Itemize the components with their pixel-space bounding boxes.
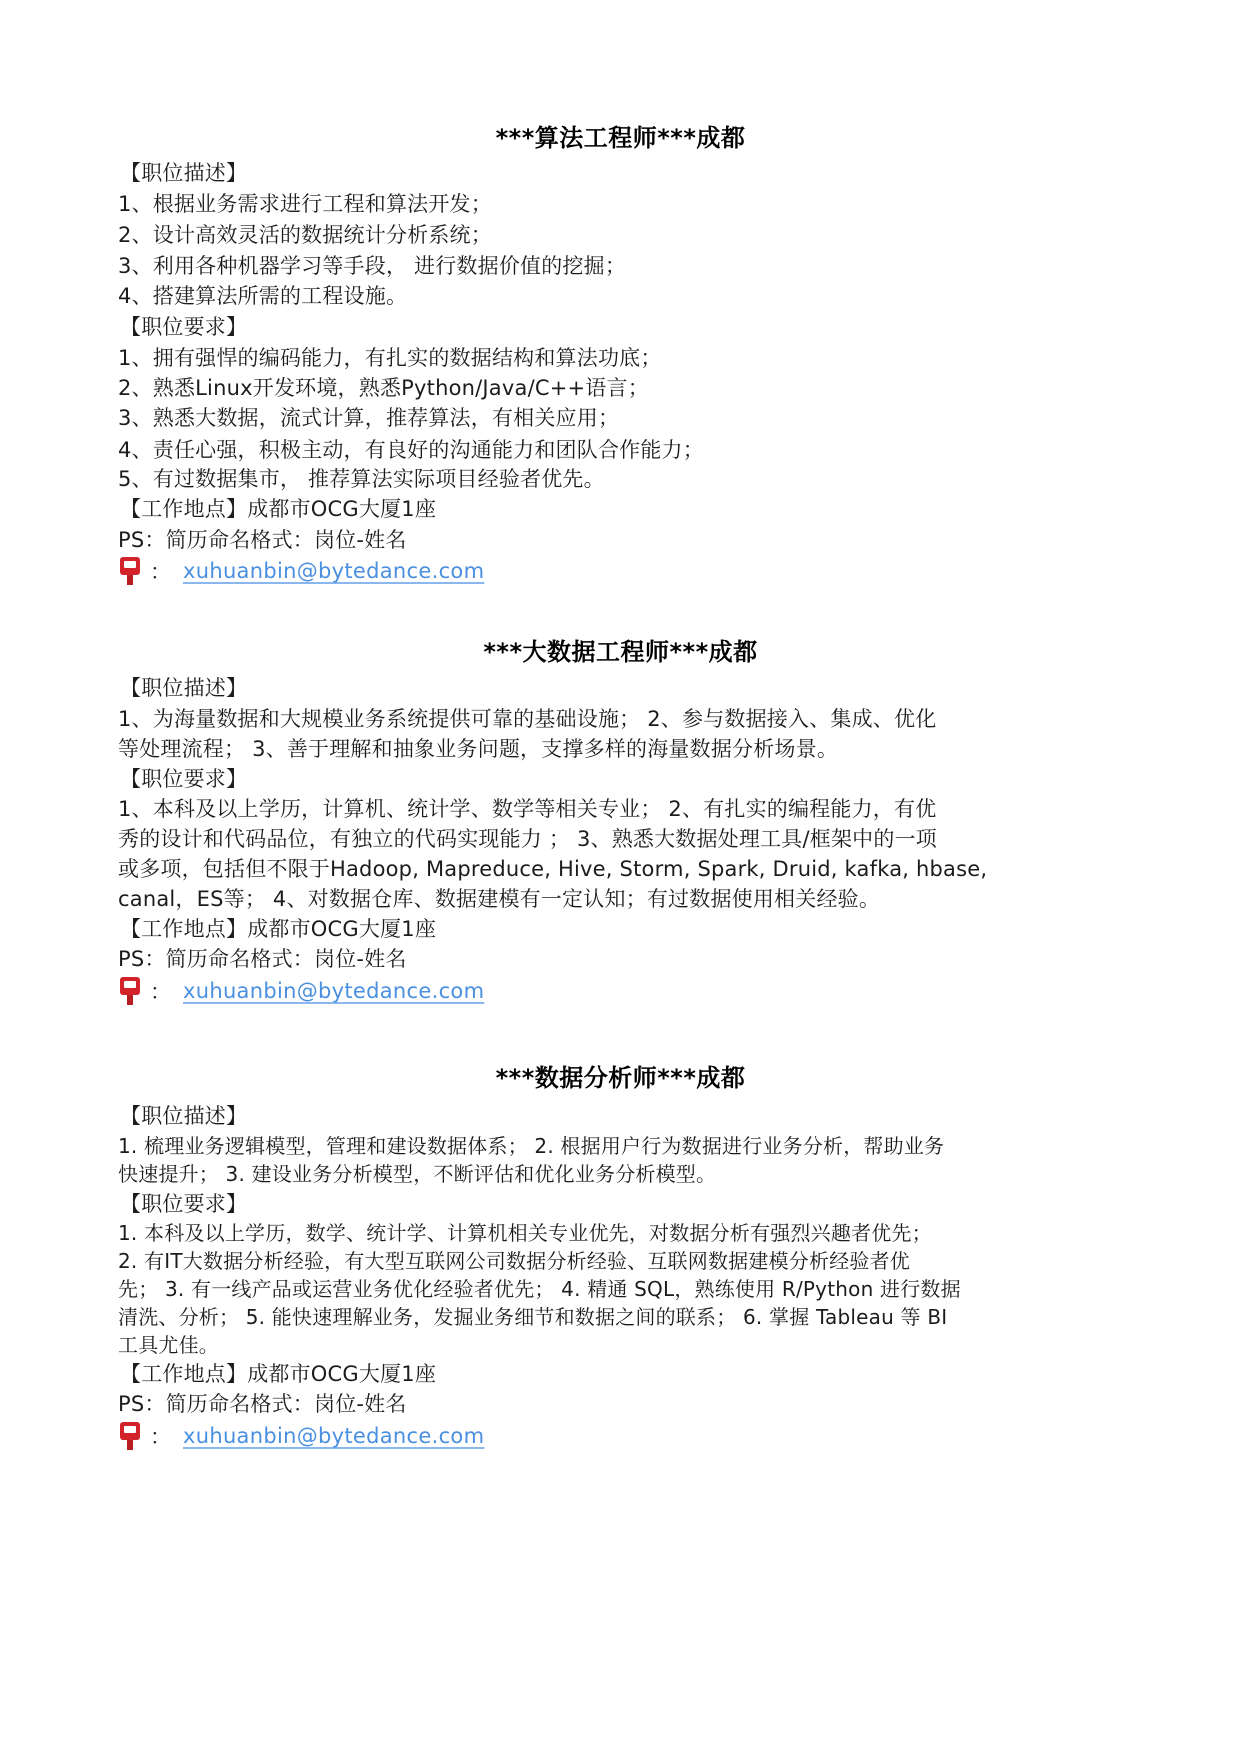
requirement-item: 1. 本科及以上学历，数学、统计学、计算机相关专业优先，对数据分析有强烈兴趣者优… [118, 1217, 932, 1246]
requirement-item: 先； 3. 有一线产品或运营业务优化经验者优先； 4. 精通 SQL，熟练使用 … [118, 1273, 961, 1302]
description-item: 等处理流程； 3、善于理解和抽象业务问题，支撑多样的海量数据分析场景。 [118, 733, 838, 763]
contact-colon: ： [150, 1421, 171, 1451]
postbox-icon [118, 555, 144, 587]
email-link[interactable]: xuhuanbin@bytedance.com [183, 559, 484, 583]
postbox-icon [118, 1420, 144, 1452]
resume-naming-note: PS：简历命名格式：岗位-姓名 [118, 1388, 407, 1418]
requirement-item: canal，ES等； 4、对数据仓库、数据建模有一定认知；有过数据使用相关经验。 [118, 883, 880, 913]
requirements-heading: 【职位要求】 [120, 1188, 247, 1218]
resume-naming-note: PS：简历命名格式：岗位-姓名 [118, 524, 407, 554]
contact-colon: ： [150, 976, 171, 1006]
description-item: 1、根据业务需求进行工程和算法开发； [118, 188, 492, 218]
description-heading: 【职位描述】 [120, 1100, 247, 1130]
contact-row: ： xuhuanbin@bytedance.com [118, 1420, 484, 1452]
description-heading: 【职位描述】 [120, 672, 247, 702]
description-item: 2、设计高效灵活的数据统计分析系统； [118, 219, 492, 249]
job-postings-document: ***算法工程师***成都 【职位描述】 1、根据业务需求进行工程和算法开发； … [0, 0, 1240, 1753]
description-item: 3、利用各种机器学习等手段， 进行数据价值的挖掘； [118, 250, 626, 280]
description-item: 1、为海量数据和大规模业务系统提供可靠的基础设施； 2、参与数据接入、集成、优化 [118, 703, 936, 733]
contact-row: ： xuhuanbin@bytedance.com [118, 975, 484, 1007]
requirement-item: 1、本科及以上学历，计算机、统计学、数学等相关专业； 2、有扎实的编程能力，有优 [118, 793, 936, 823]
work-location: 【工作地点】成都市OCG大厦1座 [120, 1358, 436, 1388]
email-link[interactable]: xuhuanbin@bytedance.com [183, 1424, 484, 1448]
work-location: 【工作地点】成都市OCG大厦1座 [120, 493, 436, 523]
resume-naming-note: PS：简历命名格式：岗位-姓名 [118, 943, 407, 973]
requirement-item: 4、责任心强，积极主动，有良好的沟通能力和团队合作能力； [118, 434, 704, 464]
description-heading: 【职位描述】 [120, 157, 247, 187]
description-item: 快速提升； 3. 建设业务分析模型，不断评估和优化业务分析模型。 [118, 1158, 716, 1187]
requirement-item: 清洗、分析； 5. 能快速理解业务，发掘业务细节和数据之间的联系； 6. 掌握 … [118, 1301, 947, 1330]
email-link[interactable]: xuhuanbin@bytedance.com [183, 979, 484, 1003]
requirement-item: 2、熟悉Linux开发环境，熟悉Python/Java/C++语言； [118, 372, 649, 402]
job-title: ***算法工程师***成都 [118, 118, 1123, 153]
requirement-item: 1、拥有强悍的编码能力，有扎实的数据结构和算法功底； [118, 342, 662, 372]
contact-row: ： xuhuanbin@bytedance.com [118, 555, 484, 587]
requirement-item: 3、熟悉大数据，流式计算，推荐算法，有相关应用； [118, 402, 619, 432]
requirements-heading: 【职位要求】 [120, 311, 247, 341]
work-location: 【工作地点】成都市OCG大厦1座 [120, 913, 436, 943]
requirement-item: 2. 有IT大数据分析经验，有大型互联网公司数据分析经验、互联网数据建模分析经验… [118, 1245, 910, 1274]
job-title: ***大数据工程师***成都 [118, 632, 1123, 667]
postbox-icon [118, 975, 144, 1007]
requirement-item: 或多项，包括但不限于Hadoop, Mapreduce, Hive, Storm… [118, 853, 987, 883]
requirement-item: 秀的设计和代码品位，有独立的代码实现能力 ； 3、熟悉大数据处理工具/框架中的一… [118, 823, 937, 853]
requirement-item: 工具尤佳。 [118, 1329, 219, 1358]
job-title: ***数据分析师***成都 [118, 1058, 1123, 1093]
description-item: 1. 梳理业务逻辑模型，管理和建设数据体系； 2. 根据用户行为数据进行业务分析… [118, 1130, 944, 1159]
contact-colon: ： [150, 556, 171, 586]
description-item: 4、搭建算法所需的工程设施。 [118, 280, 407, 310]
requirements-heading: 【职位要求】 [120, 763, 247, 793]
requirement-item: 5、有过数据集市， 推荐算法实际项目经验者优先。 [118, 463, 605, 493]
